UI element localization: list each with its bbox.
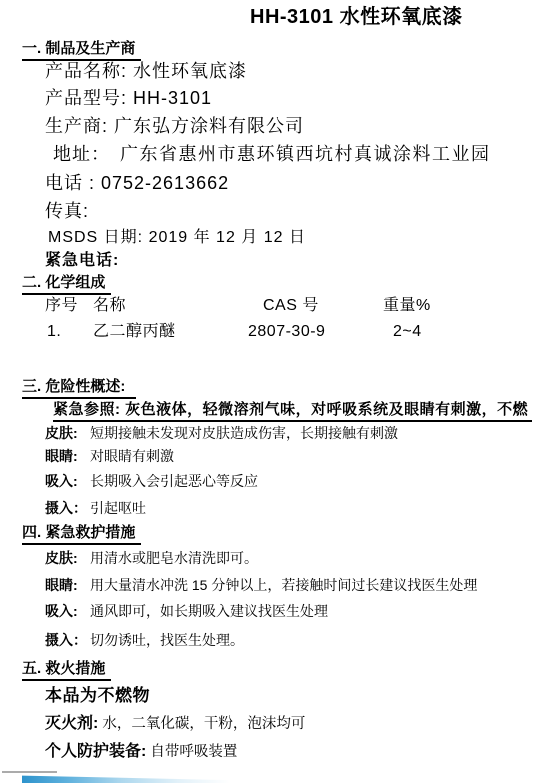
hazard-skin-text: 短期接触未发现对皮肤造成伤害，长期接触有刺激 xyxy=(90,425,398,441)
hazard-item-ingestion: 摄入：引起呕吐 xyxy=(45,500,146,517)
hazard-item-skin: 皮肤:短期接触未发现对皮肤造成伤害，长期接触有刺激 xyxy=(45,425,398,442)
firstaid-eyes-text: 用大量清水冲洗 15 分钟以上，若接触时间过长建议找医生处理 xyxy=(90,577,477,593)
col-header-weight: 重量% xyxy=(383,296,431,315)
composition-table-header: 序号 名称 CAS 号 重量% xyxy=(0,296,549,314)
section1-heading: 一. 制品及生产商 xyxy=(22,40,141,61)
hazard-inhalation-text: 长期吸入会引起恶心等反应 xyxy=(90,473,258,489)
cell-cas: 2807-30-9 xyxy=(248,322,325,341)
hazard-inhalation-label: 吸入: xyxy=(45,473,90,490)
emergency-reference-text: 紧急参照: 灰色液体，轻微溶剂气味，对呼吸系统及眼睛有刺激，不燃 xyxy=(53,401,532,422)
firstaid-ingestion-text: 切勿诱吐，找医生处理。 xyxy=(90,632,244,648)
field-emergency-phone: 紧急电话: xyxy=(45,251,119,270)
section5-heading-text: 五. 救火措施 xyxy=(22,660,111,681)
hazard-ingestion-text: 引起呕吐 xyxy=(90,500,146,516)
ppe-value: 自带呼吸装置 xyxy=(146,744,237,760)
cell-index: 1. xyxy=(47,322,61,341)
non-flammable-statement: 本品为不燃物 xyxy=(45,686,150,706)
field-product-name: 产品名称: 水性环氧底漆 xyxy=(45,61,247,83)
field-manufacturer: 生产商: 广东弘方涂料有限公司 xyxy=(45,116,304,138)
firstaid-skin-text: 用清水或肥皂水清洗即可。 xyxy=(90,550,258,566)
hazard-eyes-text: 对眼睛有刺激 xyxy=(90,448,174,464)
msds-document: { "title": "HH-3101 水性环氧底漆", "colors": {… xyxy=(0,0,549,783)
field-msds-date: MSDS 日期: 2019 年 12 月 12 日 xyxy=(48,228,306,247)
page-title: HH-3101 水性环氧底漆 xyxy=(250,5,463,29)
emergency-reference: 紧急参照: 灰色液体，轻微溶剂气味，对呼吸系统及眼睛有刺激，不燃 xyxy=(53,401,532,422)
section3-heading-text: 三. 危险性概述: xyxy=(22,378,136,399)
col-header-name: 名称 xyxy=(93,296,126,315)
firstaid-inhalation-text: 通风即可，如长期吸入建议找医生处理 xyxy=(90,603,328,619)
ppe-line: 个人防护装备: 自带呼吸装置 xyxy=(45,742,237,761)
field-phone: 电话 : 0752-2613662 xyxy=(45,173,229,195)
firstaid-inhalation-label: 吸入: xyxy=(45,603,90,620)
firstaid-item-inhalation: 吸入:通风即可，如长期吸入建议找医生处理 xyxy=(45,603,328,620)
address-label: 地址： xyxy=(53,144,110,164)
address-value: 广东省惠州市惠环镇西坑村真诚涂料工业园 xyxy=(120,144,491,164)
cell-name: 乙二醇丙醚 xyxy=(93,322,176,341)
extinguisher-value: 水，二氧化碳，干粉，泡沫均可 xyxy=(98,716,305,732)
composition-table-row: 1. 乙二醇丙醚 2807-30-9 2~4 xyxy=(0,322,549,340)
firstaid-item-ingestion: 摄入：切勿诱吐，找医生处理。 xyxy=(45,632,244,649)
section2-heading: 二. 化学组成 xyxy=(22,274,111,295)
hazard-eyes-label: 眼睛: xyxy=(45,448,90,465)
firstaid-ingestion-label: 摄入： xyxy=(45,632,90,649)
firstaid-eyes-label: 眼睛: xyxy=(45,577,90,594)
section4-heading: 四. 紧急救护措施 xyxy=(22,524,141,545)
hazard-item-inhalation: 吸入:长期吸入会引起恶心等反应 xyxy=(45,473,258,490)
section2-heading-text: 二. 化学组成 xyxy=(22,274,111,295)
section5-heading: 五. 救火措施 xyxy=(22,660,111,681)
field-fax: 传真: xyxy=(45,201,89,223)
field-address: 地址：广东省惠州市惠环镇西坑村真诚涂料工业园 xyxy=(53,144,491,166)
cell-weight: 2~4 xyxy=(393,322,422,341)
footer-wave-graphic xyxy=(22,774,230,783)
extinguisher-line: 灭火剂: 水，二氧化碳，干粉，泡沫均可 xyxy=(45,714,305,733)
section3-heading: 三. 危险性概述: xyxy=(22,378,136,399)
hazard-item-eyes: 眼睛:对眼睛有刺激 xyxy=(45,448,174,465)
ppe-label: 个人防护装备: xyxy=(45,743,146,760)
firstaid-item-eyes: 眼睛:用大量清水冲洗 15 分钟以上，若接触时间过长建议找医生处理 xyxy=(45,577,477,594)
firstaid-skin-label: 皮肤: xyxy=(45,550,90,567)
hazard-ingestion-label: 摄入： xyxy=(45,500,90,517)
field-product-model: 产品型号: HH-3101 xyxy=(45,88,212,110)
col-header-index: 序号 xyxy=(45,296,78,315)
section1-heading-text: 一. 制品及生产商 xyxy=(22,40,141,61)
extinguisher-label: 灭火剂: xyxy=(45,715,98,732)
firstaid-item-skin: 皮肤:用清水或肥皂水清洗即可。 xyxy=(45,550,258,567)
section4-heading-text: 四. 紧急救护措施 xyxy=(22,524,141,545)
col-header-cas: CAS 号 xyxy=(263,296,319,315)
footer-divider-line xyxy=(2,771,57,773)
hazard-skin-label: 皮肤: xyxy=(45,425,90,442)
